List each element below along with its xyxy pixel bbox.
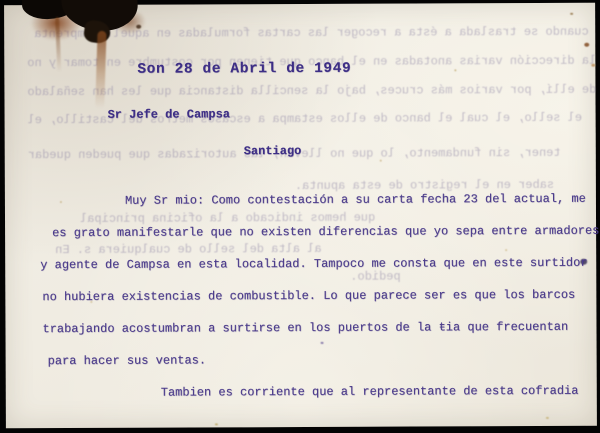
letter-paper: cuando se traslada a ésta a recoger las …	[4, 3, 597, 429]
photo-of-letter: cuando se traslada a ésta a recoger las …	[0, 0, 600, 433]
recipient-line: Sr Jefe de Campsa	[108, 107, 230, 122]
body-line-7: Tambien es corriente que al representant…	[161, 384, 579, 400]
body-line-3: y agente de Campsa en esta localidad. Ta…	[40, 256, 587, 272]
body-line-2: es grato manifestarle que no existen dif…	[52, 224, 599, 240]
recipient-city-line: Santiago	[244, 144, 302, 158]
body-line-5: trabajando acostumbran a surtirse en los…	[42, 320, 568, 336]
body-line-6: para hacer sus ventas.	[48, 353, 206, 368]
body-line-1: Muy Sr mio: Como contestación a su carta…	[125, 192, 586, 208]
typed-text-layer: Son 28 de Abril de 1949 Sr Jefe de Camps…	[4, 3, 597, 429]
body-line-4: no hubiera existencias de combustible. L…	[42, 288, 575, 304]
date-line: Son 28 de Abril de 1949	[137, 62, 351, 77]
